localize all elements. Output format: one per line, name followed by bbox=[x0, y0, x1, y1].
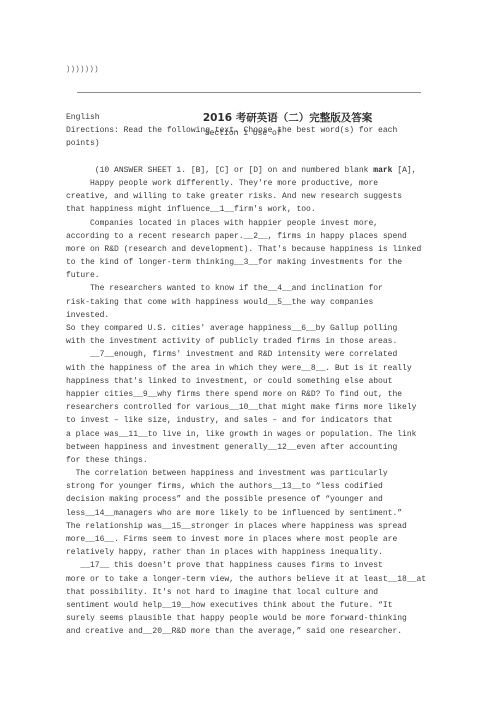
passage-line: __17__ this doesn't prove that happiness… bbox=[66, 559, 430, 572]
passage-line: creative, and willing to take greater ri… bbox=[66, 190, 430, 203]
passage-line: for these things. bbox=[66, 454, 430, 467]
document-content: 2016 考研英语（二）完整版及答案 Section 1 Use of Engl… bbox=[66, 97, 430, 639]
passage-line: more on R&D (research and development). … bbox=[66, 243, 430, 256]
answer-sheet-line: (10 ANSWER SHEET 1. [B], [C] or [D] on a… bbox=[66, 151, 430, 164]
directions-line-1: Directions: Read the following text. Cho… bbox=[66, 124, 430, 137]
passage-line: sentiment would help__19__how executives… bbox=[66, 599, 430, 612]
passage-line: The relationship was__15__stronger in pl… bbox=[66, 520, 430, 533]
answer-sheet-mark-bold: mark bbox=[373, 166, 392, 175]
passage-line: happier cities__9__why firms there spend… bbox=[66, 388, 430, 401]
passage-line: between happiness and investment general… bbox=[66, 441, 430, 454]
passage-line: future. bbox=[66, 269, 430, 282]
document-page: ))))))) 2016 考研英语（二）完整版及答案 Section 1 Use… bbox=[0, 0, 496, 702]
answer-sheet-suffix: [A], bbox=[392, 166, 416, 175]
passage-line: to the kind of longer-term thinking__3__… bbox=[66, 256, 430, 269]
passage-line: __7__enough, firms' investment and R&D i… bbox=[66, 348, 430, 361]
passage-line: surely seems plausible that happy people… bbox=[66, 612, 430, 625]
passage-line: according to a recent research paper.__2… bbox=[66, 230, 430, 243]
passage-line: invested. bbox=[66, 309, 430, 322]
passage-line: less__14__managers who are more likely t… bbox=[66, 507, 430, 520]
passage-line: that possibility. It's not hard to imagi… bbox=[66, 586, 430, 599]
passage-line: happiness that's linked to investment, o… bbox=[66, 375, 430, 388]
passage-line: risk-taking that come with happiness wou… bbox=[66, 296, 430, 309]
passage-line: to invest – like size, industry, and sal… bbox=[66, 414, 430, 427]
passage-line: The researchers wanted to know if the__4… bbox=[66, 282, 430, 295]
passage-line: Happy people work differently. They're m… bbox=[66, 177, 430, 190]
passage-line: The correlation between happiness and in… bbox=[66, 467, 430, 480]
passage-line: more__16__. Firms seem to invest more in… bbox=[66, 533, 430, 546]
passage-line: So they compared U.S. cities' average ha… bbox=[66, 322, 430, 335]
title-chinese-text: 2016 考研英语（二）完整版及答案 bbox=[203, 112, 372, 124]
passage-line: strong for younger firms, which the auth… bbox=[66, 480, 430, 493]
passage-line: that happiness might influence__1__firm'… bbox=[66, 203, 430, 216]
passage-line: more or to take a longer-term view, the … bbox=[66, 573, 430, 586]
header-divider bbox=[77, 92, 421, 93]
passage-line: with the happiness of the area in which … bbox=[66, 362, 430, 375]
answer-sheet-prefix: (10 ANSWER SHEET 1. [B], [C] or [D] on a… bbox=[95, 166, 373, 175]
passage-line: researchers controlled for various__10__… bbox=[66, 401, 430, 414]
passage-line: relatively happy, rather than in places … bbox=[66, 546, 430, 559]
passage-line: a place was__11__to live in, like growth… bbox=[66, 428, 430, 441]
passage-line: Companies located in places with happier… bbox=[66, 217, 430, 230]
passage-line: and creative and__20__R&D more than the … bbox=[66, 625, 430, 638]
corner-marks: ))))))) bbox=[66, 66, 99, 74]
passage-line: with the investment activity of publicly… bbox=[66, 335, 430, 348]
document-title: 2016 考研英语（二）完整版及答案 Section 1 Use of bbox=[66, 97, 430, 111]
passage-line: decision making process” and the possibl… bbox=[66, 493, 430, 506]
passage-text: Happy people work differently. They're m… bbox=[66, 177, 430, 639]
